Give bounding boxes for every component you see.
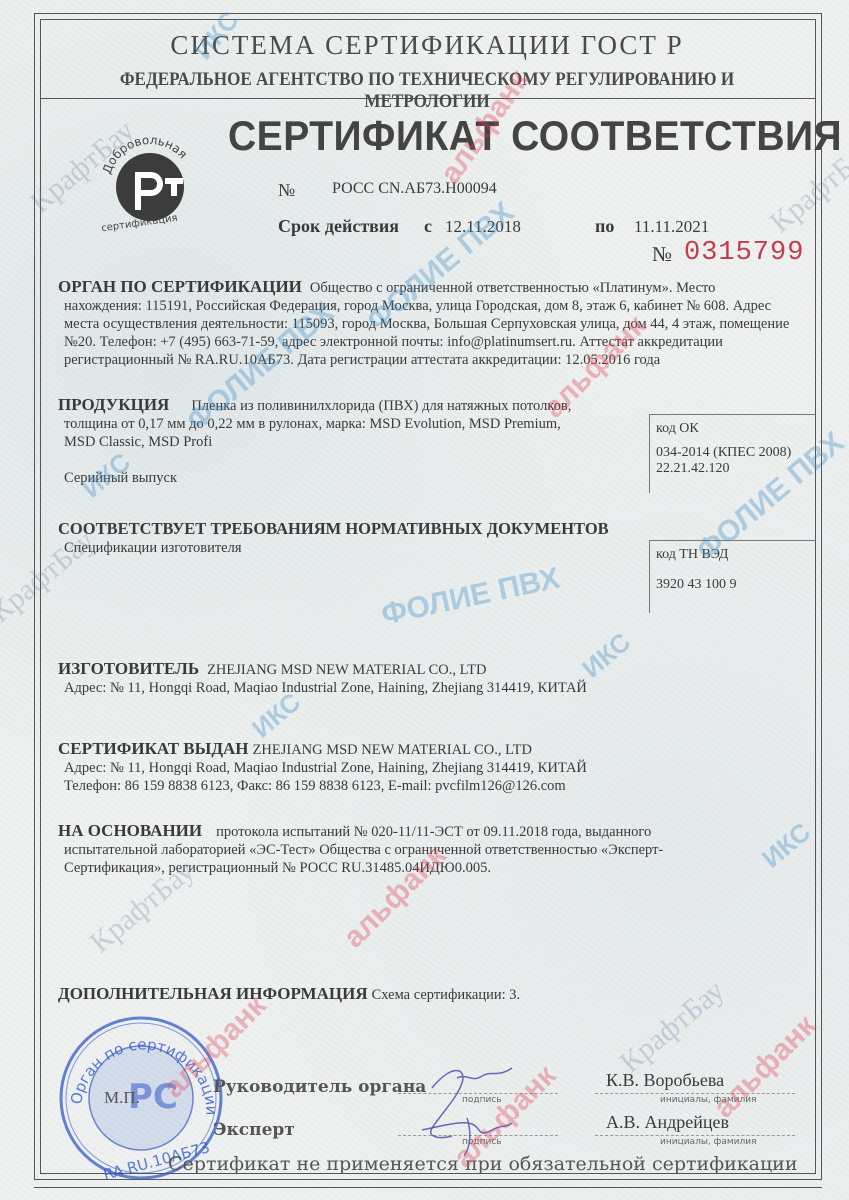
code-ok-label: код ОК xyxy=(656,421,816,437)
product-line: толщина от 0,17 мм до 0,22 мм в рулонах,… xyxy=(58,415,638,433)
release-type: Серийный выпуск xyxy=(58,469,638,487)
issued-to-heading: СЕРТИФИКАТ ВЫДАН xyxy=(58,739,249,758)
valid-from-label: с xyxy=(424,216,432,237)
code-tnved-label: код ТН ВЭД xyxy=(656,547,816,563)
blank-number: 0315799 xyxy=(684,238,804,268)
certification-body-line: Общество с ограниченной ответственностью… xyxy=(310,280,716,296)
issued-to-address: Адрес: № 11, Hongqi Road, Maqiao Industr… xyxy=(58,759,808,777)
system-title: СИСТЕМА СЕРТИФИКАЦИИ ГОСТ Р xyxy=(40,30,814,61)
manufacturer-heading: ИЗГОТОВИТЕЛЬ xyxy=(58,659,199,678)
certificate-title: СЕРТИФИКАТ СООТВЕТСТВИЯ xyxy=(228,112,842,160)
certification-body-line: регистрационный № RA.RU.10АБ73. Дата рег… xyxy=(58,351,808,369)
issued-to-name: ZHEJIANG MSD NEW MATERIAL CO., LTD xyxy=(253,742,532,758)
code-ok-value: 034-2014 (КПЕС 2008) xyxy=(656,445,816,461)
certification-body-line: места осуществления деятельности: 115093… xyxy=(58,315,808,333)
product-line: Пленка из поливинилхлорида (ПВХ) для нат… xyxy=(191,398,571,414)
manufacturer-name: ZHEJIANG MSD NEW MATERIAL CO., LTD xyxy=(207,662,486,678)
validity-label: Срок действия xyxy=(278,216,399,237)
code-ok-value: 22.21.42.120 xyxy=(656,461,816,477)
issued-to-contacts: Телефон: 86 159 8838 6123, Факс: 86 159 … xyxy=(58,777,808,795)
additional-section: ДОПОЛНИТЕЛЬНАЯ ИНФОРМАЦИЯСхема сертифика… xyxy=(58,985,808,1004)
name-caption: инициалы, фамилия xyxy=(660,1137,757,1147)
certification-body-section: ОРГАН ПО СЕРТИФИКАЦИИОбщество с ограниче… xyxy=(58,278,808,369)
certification-body-line: нахождения: 115191, Российская Федерация… xyxy=(58,297,808,315)
rst-logo: Добровольная сертификация xyxy=(95,130,205,240)
issued-to-section: СЕРТИФИКАТ ВЫДАНZHEJIANG MSD NEW MATERIA… xyxy=(58,740,808,795)
head-label: Руководитель органа xyxy=(213,1077,426,1097)
expert-name: А.В. Андрейцев xyxy=(606,1112,729,1133)
code-tnved-box: код ТН ВЭД 3920 43 100 9 xyxy=(649,540,816,613)
manufacturer-address: Адрес: № 11, Hongqi Road, Maqiao Industr… xyxy=(58,679,808,697)
blank-number-label: № xyxy=(652,242,672,267)
footnote: Сертификат не применяется при обязательн… xyxy=(168,1153,798,1175)
bottom-divider xyxy=(34,1187,822,1188)
agency-name: ФЕДЕРАЛЬНОЕ АГЕНТСТВО ПО ТЕХНИЧЕСКОМУ РЕ… xyxy=(79,69,776,113)
handwritten-signature-icon xyxy=(412,1058,522,1158)
valid-to: 11.11.2021 xyxy=(634,217,709,237)
basis-line: протокола испытаний № 020-11/11-ЭСТ от 0… xyxy=(216,824,651,840)
mp-label: М.П. xyxy=(104,1088,140,1108)
number-label: № xyxy=(278,180,295,201)
manufacturer-section: ИЗГОТОВИТЕЛЬZHEJIANG MSD NEW MATERIAL CO… xyxy=(58,660,808,697)
code-tnved-value: 3920 43 100 9 xyxy=(656,577,816,593)
additional-heading: ДОПОЛНИТЕЛЬНАЯ ИНФОРМАЦИЯ xyxy=(58,984,368,1003)
certification-body-line: №20. Телефон: +7 (495) 663-71-59, адрес … xyxy=(58,333,808,351)
basis-section: НА ОСНОВАНИИпротокола испытаний № 020-11… xyxy=(58,822,808,877)
expert-label: Эксперт xyxy=(213,1120,295,1140)
basis-line: испытательной лабораторией «ЭС-Тест» Общ… xyxy=(58,841,808,859)
expert-name-line xyxy=(595,1135,795,1136)
valid-from: 12.11.2018 xyxy=(445,217,521,237)
basis-heading: НА ОСНОВАНИИ xyxy=(58,821,202,840)
certificate-number: РОСС CN.АБ73.H00094 xyxy=(332,180,497,198)
valid-to-label: по xyxy=(595,216,614,237)
product-section: ПРОДУКЦИЯПленка из поливинилхлорида (ПВХ… xyxy=(58,396,638,487)
head-name: К.В. Воробьева xyxy=(606,1070,724,1091)
conformity-heading: СООТВЕТСТВУЕТ ТРЕБОВАНИЯМ НОРМАТИВНЫХ ДО… xyxy=(58,519,609,538)
head-name-line xyxy=(595,1093,795,1094)
basis-line: Сертификация», регистрационный № РОСС RU… xyxy=(58,859,808,877)
name-caption: инициалы, фамилия xyxy=(660,1095,757,1105)
product-heading: ПРОДУКЦИЯ xyxy=(58,395,169,414)
product-line: MSD Classic, MSD Profi xyxy=(58,433,638,451)
certification-body-heading: ОРГАН ПО СЕРТИФИКАЦИИ xyxy=(58,277,302,296)
additional-text: Схема сертификации: 3. xyxy=(372,987,521,1003)
code-ok-box: код ОК 034-2014 (КПЕС 2008) 22.21.42.120 xyxy=(649,414,816,493)
